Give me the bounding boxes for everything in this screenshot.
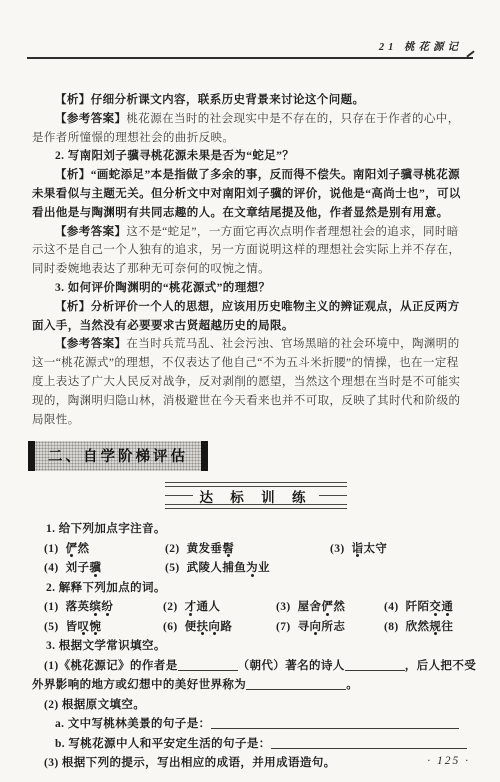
page-content: 【析】仔细分析课文内容，联系历史背景来讨论这个问题。【参考答案】桃花源在当时的社… [32, 91, 470, 774]
item-char: 所 [321, 621, 333, 633]
question-1-rows: (1)俨然(2)黄发垂髫(3)诣太守(4)刘子骥(5)武陵人捕鱼为业 [32, 540, 470, 579]
item-char: 子 [78, 562, 90, 574]
rule-line [319, 495, 347, 496]
paragraph-list: 【析】仔细分析课文内容，联系历史背景来讨论这个问题。【参考答案】桃花源在当时的社… [32, 91, 470, 429]
item-char: 舍 [310, 601, 322, 613]
fill-blank [345, 657, 405, 671]
fill-blank [246, 676, 346, 690]
page-header-title: 21 桃花源记 [379, 39, 462, 54]
item-number: (5) [44, 621, 59, 633]
item-number: (3) [330, 543, 345, 555]
item-char: 人 [210, 562, 222, 574]
item-number: (3) [276, 601, 291, 613]
item-number: (6) [163, 621, 178, 633]
item-number: (5) [165, 562, 180, 574]
paragraph-label: 【析】 [55, 94, 91, 106]
question-item-row: (1)落英缤纷(2)才通人(3)屋舍俨然(4)阡陌交通 [32, 598, 470, 618]
paragraph-answer: 【参考答案】在当时兵荒马乱、社会污浊、官场黑暗的社会环境中，陶渊明的这一“桃花源… [32, 335, 470, 429]
fill-text: a. 文中写桃林美景的句子是： [55, 718, 211, 730]
question-item: (4)刘子骥 [44, 559, 165, 579]
item-number: (7) [276, 621, 291, 633]
rule-line [165, 495, 193, 496]
item-char: 通 [441, 601, 453, 613]
item-char: 规 [429, 621, 441, 633]
fill-blank [178, 657, 238, 671]
fill-text: b. 写桃花源中人和平安定生活的句子是： [55, 738, 271, 750]
item-char: 交 [429, 601, 441, 613]
paragraph-analysis: 【析】分析评价一个人的思想，应该用历史唯物主义的辨证观点，从正反两方面入手，当然… [32, 298, 470, 336]
fill-text: (2) 根据原文填空。 [44, 699, 145, 711]
fill-text: (1)《桃花源记》的作者是 [44, 660, 178, 672]
item-char: 然 [333, 601, 345, 613]
paragraph-text: 在当时兵荒马乱、社会污浊、官场黑暗的社会环境中，陶渊明的这一“桃花源式”的理想，… [32, 338, 460, 425]
item-char: 缤 [89, 601, 101, 613]
fill-blank [271, 735, 467, 749]
paragraph-question: 2. 写南阳刘子骥寻桃花源未果是否为“蛇足”？ [32, 147, 470, 166]
item-char: 往 [441, 621, 453, 633]
item-char: 陌 [418, 601, 430, 613]
paragraph-question: 3. 如何评价陶渊明的“桃花源式”的理想？ [32, 279, 470, 298]
question-heading: 3. 根据文学常识填空。 [32, 637, 470, 657]
question-item: (5)皆叹惋 [44, 618, 163, 638]
item-char: 发 [199, 543, 211, 555]
fill-text: ，后人把不受 [405, 660, 476, 672]
question-heading: 1. 给下列加点字注音。 [32, 520, 470, 540]
item-char: 寻 [298, 621, 310, 633]
item-char: 纷 [101, 601, 113, 613]
item-char: 骥 [89, 562, 101, 574]
subsection-heading-box: 达 标 训 练 [165, 482, 347, 509]
fill-line: (2) 根据原文填空。 [32, 696, 470, 716]
item-char: 向 [310, 621, 322, 633]
header-rule [27, 57, 473, 59]
paragraph-label: 【参考答案】 [55, 338, 126, 350]
fill-blank [211, 715, 459, 729]
paragraph-analysis: 【析】“画蛇添足”本是指做了多余的事，反而得不偿失。南阳刘子骥寻桃花源未果看似与… [32, 166, 470, 222]
page-number: · 125 · [427, 755, 470, 767]
item-char: 捕 [222, 562, 234, 574]
exercise-section: 1. 给下列加点字注音。 (1)俨然(2)黄发垂髫(3)诣太守(4)刘子骥(5)… [32, 520, 470, 774]
textbook-page: 21 桃花源记 【析】仔细分析课文内容，联系历史背景来讨论这个问题。【参考答案】… [0, 0, 500, 782]
question-item: (2)黄发垂髫 [165, 540, 330, 560]
paragraph-answer: 【参考答案】这不是“蛇足”，一方面它再次点明作者理想社会的追求，同时暗示这不是自… [32, 223, 470, 279]
item-number: (2) [165, 543, 180, 555]
item-char: 然 [418, 621, 430, 633]
paragraph-label: 【析】 [55, 301, 91, 313]
fill-line: b. 写桃花源中人和平安定生活的句子是： [32, 735, 470, 755]
item-char: 惋 [89, 621, 101, 633]
item-char: 俨 [321, 601, 333, 613]
section-banner: 二、自学阶梯评估 [28, 441, 208, 471]
question-item: (6)便扶向路 [163, 618, 276, 638]
fill-line: (1)《桃花源记》的作者是（朝代）著名的诗人，后人把不受 [32, 657, 470, 677]
question-item-row: (1)俨然(2)黄发垂髫(3)诣太守 [32, 540, 470, 560]
item-char: 黄 [187, 543, 199, 555]
question-item: (5)武陵人捕鱼为业 [165, 559, 330, 579]
item-char: 志 [333, 621, 345, 633]
fill-line: a. 文中写桃林美景的句子是： [32, 715, 470, 735]
question-item: (7)寻向所志 [276, 618, 384, 638]
item-char: 武 [187, 562, 199, 574]
question-item: (3)诣太守 [330, 540, 387, 560]
paragraph-label: 【参考答案】 [55, 226, 126, 238]
question-item: (3)屋舍俨然 [276, 598, 384, 618]
item-char: 屋 [298, 601, 310, 613]
question-heading: 2. 解释下列加点的词。 [32, 579, 470, 599]
item-char: 垂 [210, 543, 222, 555]
paragraph-text: 3. 如何评价陶渊明的“桃花源式”的理想？ [55, 282, 270, 294]
item-number: (1) [44, 543, 59, 555]
item-char: 鱼 [234, 562, 246, 574]
item-char: 太 [364, 543, 376, 555]
item-char: 英 [78, 601, 90, 613]
question-2-rows: (1)落英缤纷(2)才通人(3)屋舍俨然(4)阡陌交通(5)皆叹惋(6)便扶向路… [32, 598, 470, 637]
item-char: 欣 [406, 621, 418, 633]
paragraph-analysis: 【析】仔细分析课文内容，联系历史背景来讨论这个问题。 [32, 91, 470, 110]
item-char: 便 [185, 621, 197, 633]
fill-line: 外界影响的地方或幻想中的美好世界称为。 [32, 676, 470, 696]
question-item-row: (4)刘子骥(5)武陵人捕鱼为业 [32, 559, 470, 579]
item-char: 通 [197, 601, 209, 613]
rule-line [165, 508, 347, 509]
item-char: 俨 [66, 543, 78, 555]
fill-text: 外界影响的地方或幻想中的美好世界称为 [32, 679, 246, 691]
item-char: 皆 [66, 621, 78, 633]
item-char: 扶 [197, 621, 209, 633]
item-number: (2) [163, 601, 178, 613]
paragraph-text: “画蛇添足”本是指做了多余的事，反而得不偿失。南阳刘子骥寻桃花源未果看似与主题无… [32, 169, 461, 219]
item-char: 业 [258, 562, 270, 574]
paragraph-text: 分析评价一个人的思想，应该用历史唯物主义的辨证观点，从正反两方面入手，当然没有必… [32, 301, 460, 332]
question-item: (1)落英缤纷 [44, 598, 163, 618]
item-char: 叹 [78, 621, 90, 633]
item-char: 阡 [406, 601, 418, 613]
question-item: (4)阡陌交通 [384, 598, 453, 618]
fill-line: (3) 根据下列的提示，写出相应的成语，并用成语造句。 [32, 754, 470, 774]
question-item: (8)欣然规往 [384, 618, 453, 638]
question-item: (1)俨然 [44, 540, 165, 560]
paragraph-text: 仔细分析课文内容，联系历史背景来讨论这个问题。 [91, 94, 365, 106]
item-number: (4) [384, 601, 399, 613]
fill-text: 。 [346, 679, 358, 691]
item-number: (1) [44, 601, 59, 613]
item-char: 人 [208, 601, 220, 613]
paragraph-text: 2. 写南阳刘子骥寻桃花源未果是否为“蛇足”？ [55, 150, 294, 162]
item-char: 陵 [199, 562, 211, 574]
question-3-lines: (1)《桃花源记》的作者是（朝代）著名的诗人，后人把不受外界影响的地方或幻想中的… [32, 657, 470, 774]
item-char: 诣 [352, 543, 364, 555]
question-item-row: (5)皆叹惋(6)便扶向路(7)寻向所志(8)欣然规往 [32, 618, 470, 638]
item-number: (8) [384, 621, 399, 633]
subsection-title: 达 标 训 练 [193, 486, 318, 506]
item-number: (4) [44, 562, 59, 574]
fill-text: （朝代）著名的诗人 [238, 660, 345, 672]
paragraph-answer: 【参考答案】桃花源在当时的社会现实中是不存在的，只存在于作者的心中，是作者所憧憬… [32, 110, 470, 148]
item-char: 然 [78, 543, 90, 555]
item-char: 守 [375, 543, 387, 555]
item-char: 落 [66, 601, 78, 613]
item-char: 路 [220, 621, 232, 633]
item-char: 向 [208, 621, 220, 633]
question-item: (2)才通人 [163, 598, 276, 618]
paragraph-label: 【参考答案】 [55, 113, 126, 125]
item-char: 髫 [222, 543, 234, 555]
item-char: 为 [246, 562, 258, 574]
fill-text: (3) 根据下列的提示，写出相应的成语，并用成语造句。 [44, 757, 336, 769]
item-char: 才 [185, 601, 197, 613]
item-char: 刘 [66, 562, 78, 574]
paragraph-label: 【析】 [55, 169, 91, 181]
